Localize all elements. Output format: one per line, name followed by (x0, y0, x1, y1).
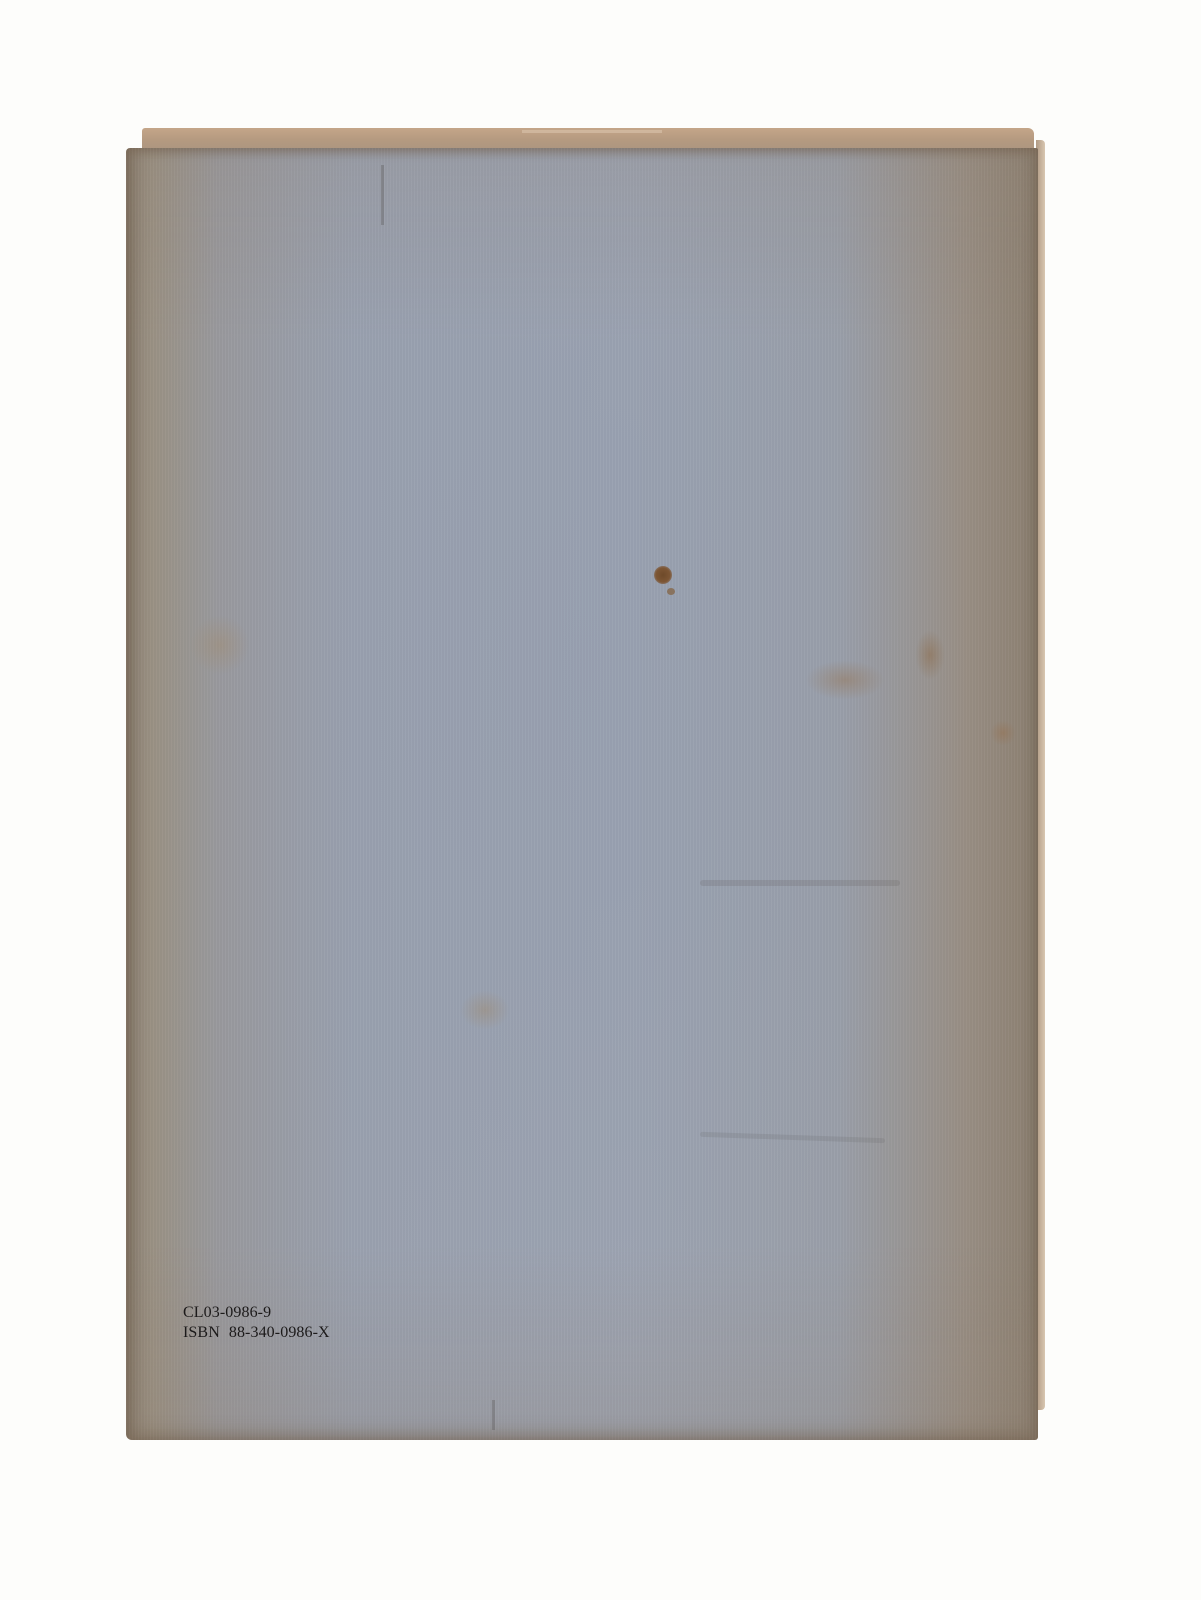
isbn-value: 88-340-0986-X (229, 1324, 330, 1341)
book-back-cover (126, 148, 1038, 1440)
stain-cluster (915, 630, 945, 680)
discoloration (190, 615, 250, 675)
isbn-line: ISBN88-340-0986-X (183, 1323, 330, 1343)
crease-mark (381, 165, 384, 225)
discoloration (460, 990, 510, 1030)
isbn-label: ISBN (183, 1324, 220, 1341)
book-identifiers: CL03-0986-9 ISBN88-340-0986-X (183, 1303, 330, 1343)
stain-spot (654, 566, 672, 584)
stain-cluster (805, 660, 885, 700)
catalog-code: CL03-0986-9 (183, 1303, 330, 1323)
faint-marking (700, 880, 900, 886)
stain-spot (667, 588, 675, 595)
photo-background: CL03-0986-9 ISBN88-340-0986-X (0, 0, 1201, 1600)
discoloration (990, 720, 1016, 746)
crease-mark (492, 1400, 495, 1430)
